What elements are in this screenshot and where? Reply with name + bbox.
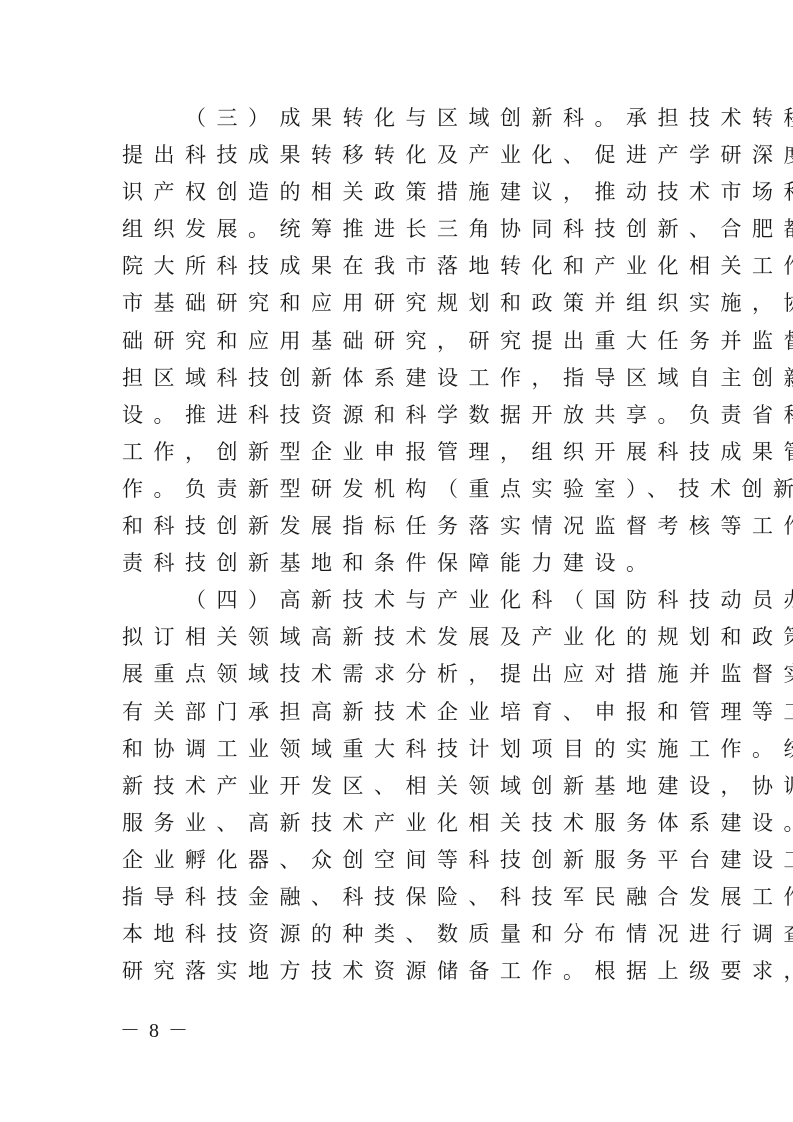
text-line: 作。负责新型研发机构（重点实验室）、技术创新中心建设 (122, 471, 692, 508)
body-text: （三）成果转化与区域创新科。承担技术转移体系工作，提出科技成果转移转化及产业化、… (122, 100, 692, 990)
text-line: 担区域科技创新体系建设工作，指导区域自主创新示范区建 (122, 360, 692, 397)
section-heading-line: （四）高新技术与产业化科（国防科技动员办公室）。 (122, 582, 692, 619)
text-line: 础研究和应用基础研究，研究提出重大任务并监督实施。承 (122, 323, 692, 360)
text-line: 指导科技金融、科技保险、科技军民融合发展工作。组织对 (122, 879, 692, 916)
text-line: 拟订相关领域高新技术发展及产业化的规划和政策，组织开 (122, 619, 692, 656)
text-line: 设。推进科技资源和科学数据开放共享。负责省科技奖提名 (122, 397, 692, 434)
text-line: 本地科技资源的种类、数质量和分布情况进行调查摸底，并 (122, 916, 692, 953)
text-line: 研究落实地方技术资源储备工作。根据上级要求，提出装备 (122, 953, 692, 990)
text-line: 工作，创新型企业申报管理，组织开展科技成果管理登记工 (122, 434, 692, 471)
text-line: 和科技创新发展指标任务落实情况监督考核等工作。统筹负 (122, 508, 692, 545)
text-line: 有关部门承担高新技术企业培育、申报和管理等工作。组织 (122, 694, 692, 731)
section-heading-line: （三）成果转化与区域创新科。承担技术转移体系工作， (122, 100, 692, 137)
text-line: 提出科技成果转移转化及产业化、促进产学研深度融合、知 (122, 137, 692, 174)
page-number: － 8 － (120, 1014, 190, 1043)
text-line: 展重点领域技术需求分析，提出应对措施并监督实施。会同 (122, 656, 692, 693)
text-line: 责科技创新基地和条件保障能力建设。 (122, 545, 692, 582)
text-line: 企业孵化器、众创空间等科技创新服务平台建设工作。负责 (122, 842, 692, 879)
text-line: 和协调工业领域重大科技计划项目的实施工作。统筹推进高 (122, 731, 692, 768)
text-line: 识产权创造的相关政策措施建议，推动技术市场和科技中介 (122, 174, 692, 211)
text-line: 院大所科技成果在我市落地转化和产业化相关工作。拟订全 (122, 248, 692, 285)
text-line: 组织发展。统筹推进长三角协同科技创新、合肥都市圈、大 (122, 211, 692, 248)
text-line: 服务业、高新技术产业化相关技术服务体系建设。推进科技 (122, 805, 692, 842)
document-page: （三）成果转化与区域创新科。承担技术转移体系工作，提出科技成果转移转化及产业化、… (0, 0, 793, 1122)
text-line: 市基础研究和应用研究规划和政策并组织实施，协调重大基 (122, 285, 692, 322)
text-line: 新技术产业开发区、相关领域创新基地建设，协调推动科技 (122, 768, 692, 805)
